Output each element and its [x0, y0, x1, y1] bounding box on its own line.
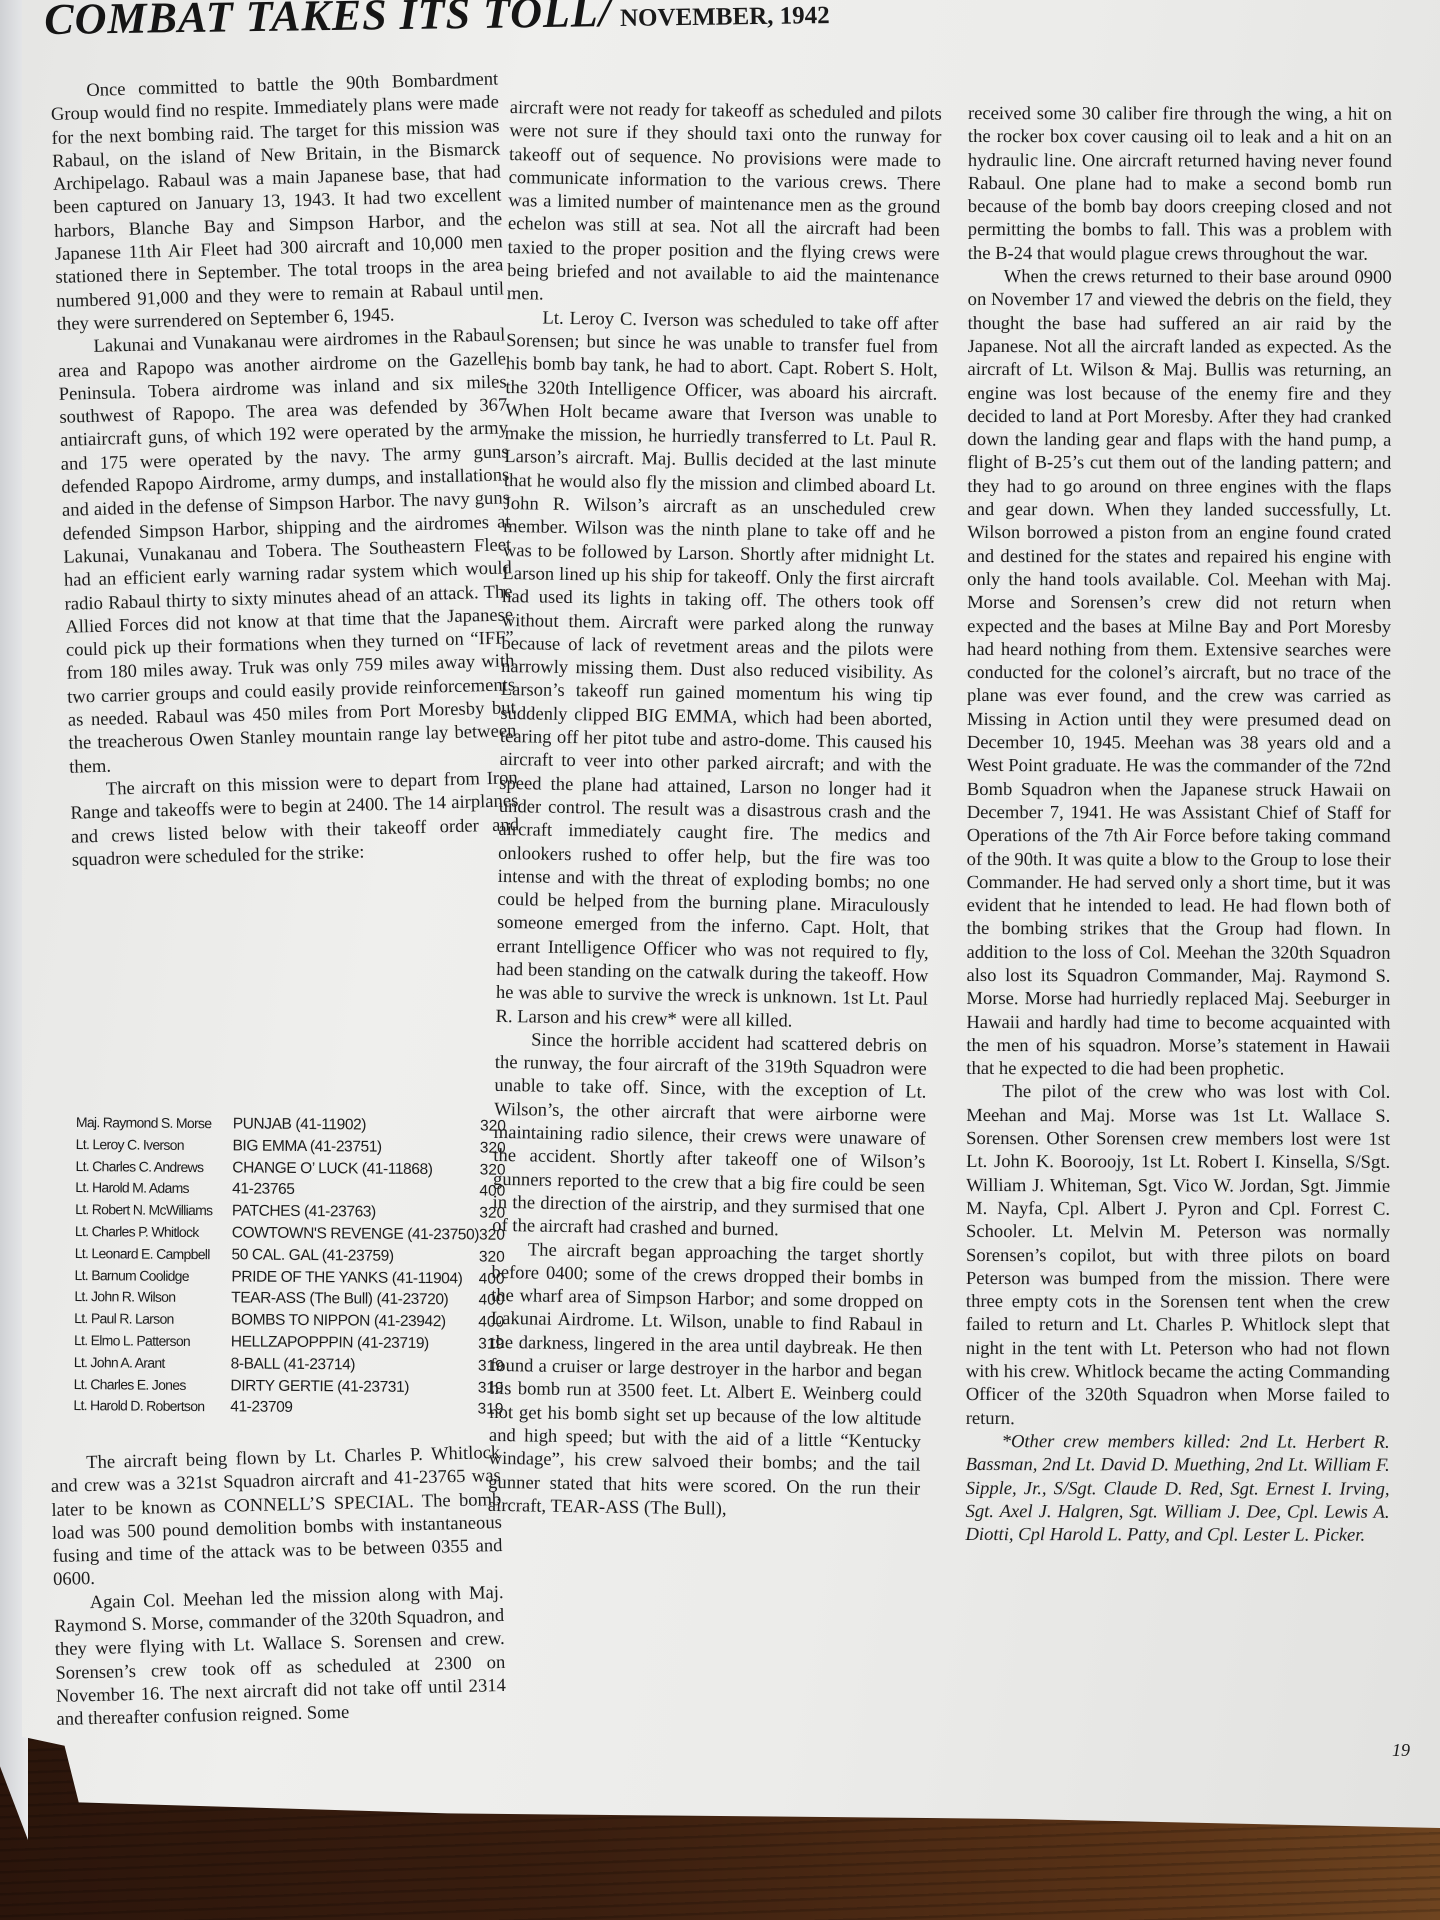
- aircraft-name: BOMBS TO NIPPON (41-23942): [231, 1310, 478, 1334]
- table-row: Lt. Harold D. Robertson41-23709319: [73, 1395, 503, 1421]
- paragraph: The pilot of the crew who was lost with …: [966, 1080, 1391, 1430]
- paragraph: When the crews returned to their base ar…: [966, 265, 1391, 1081]
- paragraph: The aircraft began approaching the targe…: [488, 1237, 924, 1523]
- pilot-name: Lt. Robert N. McWilliams: [75, 1199, 232, 1222]
- pilot-name: Lt. John R. Wilson: [74, 1286, 231, 1309]
- aircraft-name: PATCHES (41-23763): [232, 1201, 479, 1225]
- pilot-name: Lt. Charles P. Whitlock: [75, 1221, 232, 1244]
- paragraph: Again Col. Meehan led the mission along …: [53, 1581, 506, 1732]
- pilot-name: Lt. John A. Arant: [74, 1352, 231, 1375]
- paragraph: aircraft were not ready for takeoff as s…: [507, 96, 942, 312]
- aircraft-name: PUNJAB (41-11902): [233, 1113, 480, 1137]
- pilot-name: Lt. Harold M. Adams: [75, 1177, 232, 1200]
- aircraft-name: PRIDE OF THE YANKS (41-11904): [231, 1266, 478, 1290]
- aircraft-name: DIRTY GERTIE (41-23731): [230, 1375, 477, 1399]
- pilot-name: Maj. Raymond S. Morse: [76, 1112, 233, 1135]
- paragraph: Lakunai and Vunakanau were airdromes in …: [57, 324, 517, 779]
- aircraft-name: COWTOWN'S REVENGE (41-23750): [232, 1222, 479, 1246]
- headline-date: NOVEMBER, 1942: [620, 2, 830, 32]
- pilot-name: Lt. Paul R. Larson: [74, 1308, 231, 1331]
- paragraph: Once committed to battle the 90th Bombar…: [50, 67, 505, 336]
- paragraph: Since the horrible accident had scattere…: [492, 1028, 927, 1244]
- page-number: 19: [1392, 1740, 1410, 1761]
- aircraft-name: 8-BALL (41-23714): [231, 1353, 478, 1377]
- pilot-name: Lt. Charles E. Jones: [74, 1374, 231, 1397]
- aircraft-name: CHANGE O’ LUCK (41-11868): [232, 1157, 479, 1181]
- paragraph: Lt. Leroy C. Iverson was scheduled to ta…: [495, 306, 938, 1035]
- aircraft-name: 41-23709: [230, 1397, 477, 1421]
- crew-takeoff-table: Maj. Raymond S. MorsePUNJAB (41-11902)32…: [73, 1112, 506, 1421]
- aircraft-name: TEAR-ASS (The Bull) (41-23720): [231, 1288, 478, 1312]
- headline-title: COMBAT TAKES ITS TOLL/: [44, 0, 612, 45]
- column-1-continued: The aircraft being flown by Lt. Charles …: [50, 1441, 507, 1731]
- table-row: Lt. Leonard E. Campbell50 CAL. GAL (41-2…: [75, 1243, 505, 1269]
- paragraph: The aircraft on this mission were to dep…: [70, 766, 520, 872]
- column-3: received some 30 caliber fire through th…: [965, 102, 1392, 1547]
- page-content: COMBAT TAKES ITS TOLL/NOVEMBER, 1942 Onc…: [0, 0, 1440, 1920]
- pilot-name: Lt. Leroy C. Iverson: [76, 1134, 233, 1157]
- pilot-name: Lt. Leonard E. Campbell: [75, 1243, 232, 1266]
- aircraft-name: 41-23765: [232, 1179, 479, 1203]
- paragraph: received some 30 caliber fire through th…: [968, 102, 1392, 266]
- column-1: Once committed to battle the 90th Bombar…: [50, 67, 520, 871]
- paragraph: The aircraft being flown by Lt. Charles …: [50, 1441, 503, 1592]
- aircraft-name: 50 CAL. GAL (41-23759): [231, 1244, 478, 1268]
- pilot-name: Lt. Elmo L. Patterson: [74, 1330, 231, 1353]
- column-2: aircraft were not ready for takeoff as s…: [488, 96, 942, 1524]
- page-headline: COMBAT TAKES ITS TOLL/NOVEMBER, 1942: [44, 0, 830, 45]
- pilot-name: Lt. Harold D. Robertson: [73, 1395, 230, 1418]
- table-row: Lt. John A. Arant8-BALL (41-23714)319: [74, 1352, 504, 1378]
- aircraft-name: HELLZAPOPPPIN (41-23719): [231, 1331, 478, 1355]
- pilot-name: Lt. Charles C. Andrews: [75, 1156, 232, 1179]
- table-row: Lt. Leroy C. IversonBIG EMMA (41-23751)3…: [76, 1134, 506, 1160]
- footnote: *Other crew members killed: 2nd Lt. Herb…: [965, 1430, 1389, 1547]
- aircraft-name: BIG EMMA (41-23751): [232, 1135, 479, 1159]
- pilot-name: Lt. Barnum Coolidge: [74, 1265, 231, 1288]
